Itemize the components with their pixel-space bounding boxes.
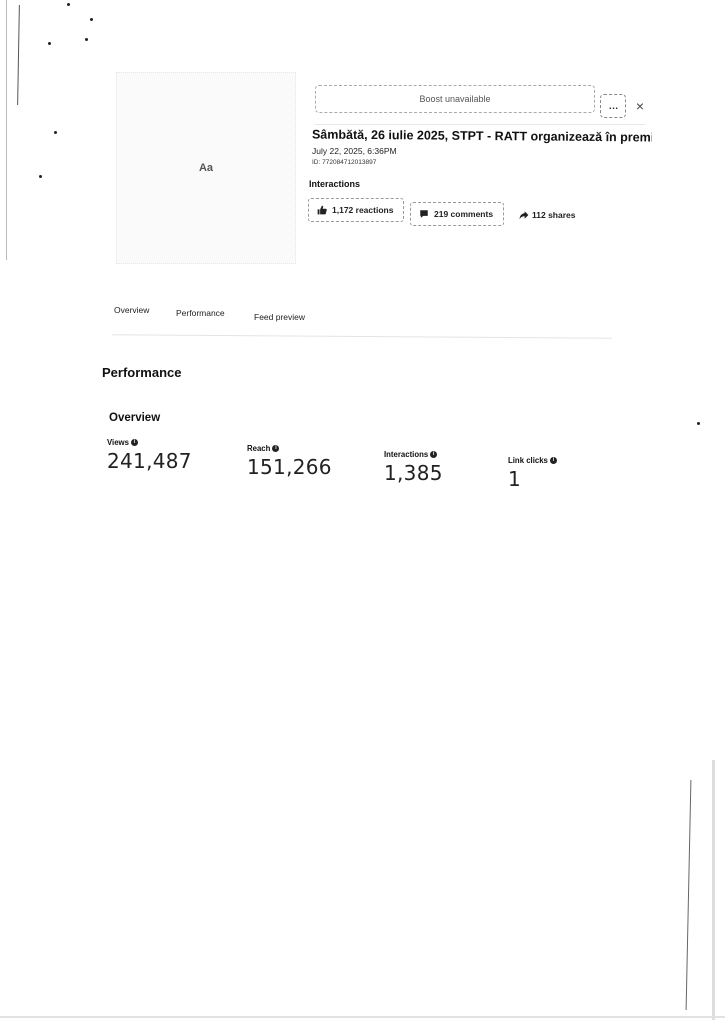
tab-bar: Overview Performance Feed preview — [112, 300, 632, 330]
tab-feed-preview[interactable]: Feed preview — [254, 312, 305, 322]
scan-speck — [67, 3, 70, 6]
metric-reach: Reach i 151,266 — [247, 444, 332, 479]
metric-value: 241,487 — [107, 449, 192, 473]
scan-speck — [39, 175, 42, 178]
performance-heading: Performance — [102, 365, 181, 380]
scan-speck — [48, 42, 51, 45]
more-options-button[interactable]: … — [600, 94, 626, 118]
metric-interactions: Interactions i 1,385 — [384, 450, 443, 485]
metric-value: 1,385 — [384, 461, 443, 485]
metric-views: Views i 241,487 — [107, 438, 192, 473]
scan-edge — [686, 780, 692, 1010]
post-title: Sâmbătă, 26 iulie 2025, STPT - RATT orga… — [312, 128, 652, 145]
metric-label: Interactions — [384, 450, 428, 459]
scan-speck — [54, 131, 57, 134]
post-id: ID: 772084712013897 — [312, 159, 376, 166]
more-icon: … — [609, 101, 618, 112]
scan-edge — [17, 5, 20, 105]
scan-speck — [697, 422, 700, 425]
boost-button[interactable]: Boost unavailable — [315, 85, 595, 113]
overview-heading: Overview — [109, 412, 160, 424]
post-date: July 22, 2025, 6:36PM — [312, 146, 397, 156]
scan-speck — [90, 18, 93, 21]
reactions-count: 1,172 reactions — [332, 205, 393, 215]
divider — [112, 334, 612, 338]
scan-edge — [712, 760, 715, 1020]
shares-count-group[interactable]: 112 shares — [519, 210, 575, 220]
metric-label: Link clicks — [508, 456, 548, 465]
reactions-chip[interactable]: 1,172 reactions — [308, 198, 404, 222]
shares-count: 112 shares — [532, 210, 575, 220]
info-icon[interactable]: i — [272, 445, 279, 452]
metric-label: Views — [107, 438, 129, 447]
metric-value: 1 — [508, 467, 557, 491]
metric-value: 151,266 — [247, 455, 332, 479]
close-icon: × — [636, 98, 644, 114]
info-icon[interactable]: i — [430, 451, 437, 458]
divider — [315, 124, 645, 125]
thumbs-up-icon — [317, 205, 327, 215]
close-button[interactable]: × — [633, 97, 647, 115]
metric-link-clicks: Link clicks i 1 — [508, 456, 557, 491]
metric-label: Reach — [247, 444, 270, 453]
tab-performance[interactable]: Performance — [176, 308, 225, 318]
scan-speck — [85, 38, 88, 41]
text-post-placeholder: Aa — [199, 162, 213, 174]
comments-chip[interactable]: 219 comments — [410, 202, 504, 226]
tab-overview[interactable]: Overview — [114, 305, 149, 315]
comments-count: 219 comments — [434, 209, 493, 219]
interactions-heading: Interactions — [309, 179, 360, 189]
info-icon[interactable]: i — [131, 439, 138, 446]
scan-edge — [6, 0, 7, 260]
share-arrow-icon — [519, 210, 529, 220]
scan-edge — [0, 1016, 725, 1018]
comment-icon — [419, 209, 429, 219]
info-icon[interactable]: i — [550, 457, 557, 464]
post-preview-thumbnail[interactable]: Aa — [116, 72, 296, 264]
